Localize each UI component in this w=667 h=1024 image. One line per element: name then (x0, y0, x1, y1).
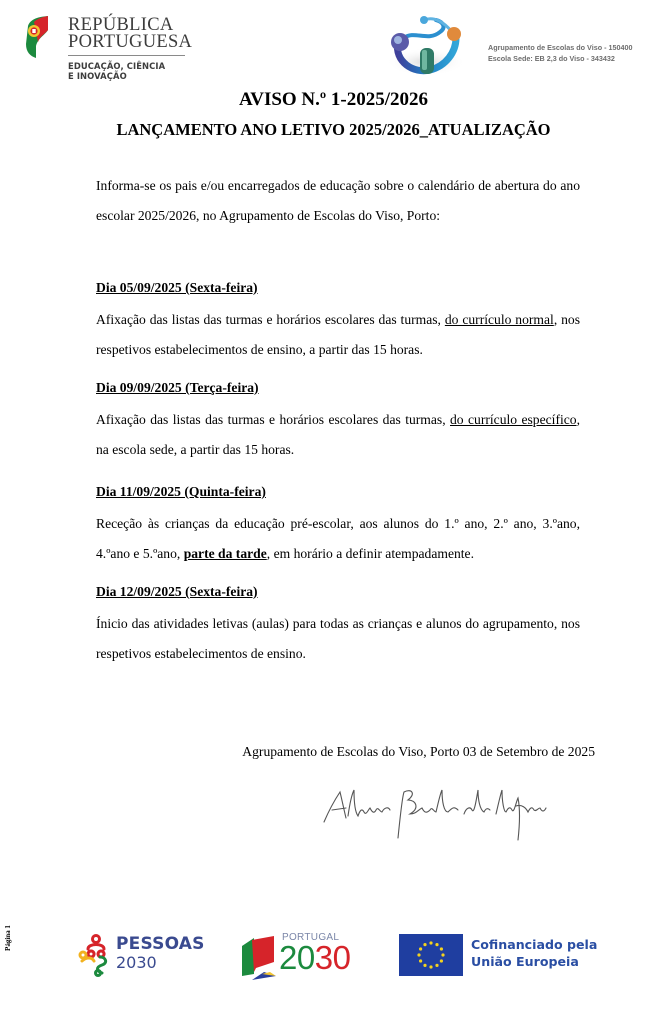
day-heading-3: Dia 11/09/2025 (Quinta-feira) (96, 482, 266, 502)
signature-icon (320, 778, 550, 842)
pessoas-line1: PESSOAS (116, 935, 205, 954)
day-text-2: Afixação das listas das turmas e horário… (96, 405, 580, 465)
portugal-2030-flag-icon (240, 932, 280, 980)
notice-subtitle: LANÇAMENTO ANO LETIVO 2025/2026_ATUALIZA… (0, 120, 667, 140)
pessoas-2030-people-icon (78, 933, 112, 977)
day-heading-4: Dia 12/09/2025 (Sexta-feira) (96, 582, 258, 602)
pessoas-line2: 2030 (116, 954, 205, 972)
republica-title-line2: PORTUGUESA (68, 34, 192, 51)
logo-divider (68, 55, 185, 56)
day-text-1: Afixação das listas das turmas e horário… (96, 305, 580, 365)
closing-place-date: Agrupamento de Escolas do Viso, Porto 03… (242, 744, 595, 760)
page-number-label: Página 1 (0, 918, 14, 962)
day-text-3: Receção às crianças da educação pré-esco… (96, 509, 580, 569)
day-heading-2: Dia 09/09/2025 (Terça-feira) (96, 378, 259, 398)
emphasis-text: do currículo normal (445, 312, 554, 327)
ministry-line2: E INOVAÇÃO (68, 71, 192, 81)
school-line2: Escola Sede: EB 2,3 do Viso - 343432 (488, 53, 632, 64)
notice-title: AVISO N.º 1-2025/2026 (0, 89, 667, 111)
day-text-4: Ínicio das atividades letivas (aulas) pa… (96, 609, 580, 669)
emphasis-text: do currículo específico (450, 412, 577, 427)
school-line1: Agrupamento de Escolas do Viso - 150400 (488, 42, 632, 53)
eu-flag-icon (399, 934, 463, 976)
ministry-line1: EDUCAÇÃO, CIÊNCIA (68, 61, 192, 71)
portuguese-flag-emblem-icon (24, 16, 48, 58)
portugal-2030-logo: PORTUGAL 2030 (240, 930, 360, 980)
emphasis-text: parte da tarde (184, 546, 267, 561)
portugal-year-label: 2030 (279, 941, 350, 975)
school-group-logo-icon (384, 12, 468, 78)
day-heading-1: Dia 05/09/2025 (Sexta-feira) (96, 278, 258, 298)
intro-paragraph: Informa-se os pais e/ou encarregados de … (96, 171, 580, 231)
eu-line1: Cofinanciado pela (471, 936, 597, 953)
eu-line2: União Europeia (471, 953, 597, 970)
